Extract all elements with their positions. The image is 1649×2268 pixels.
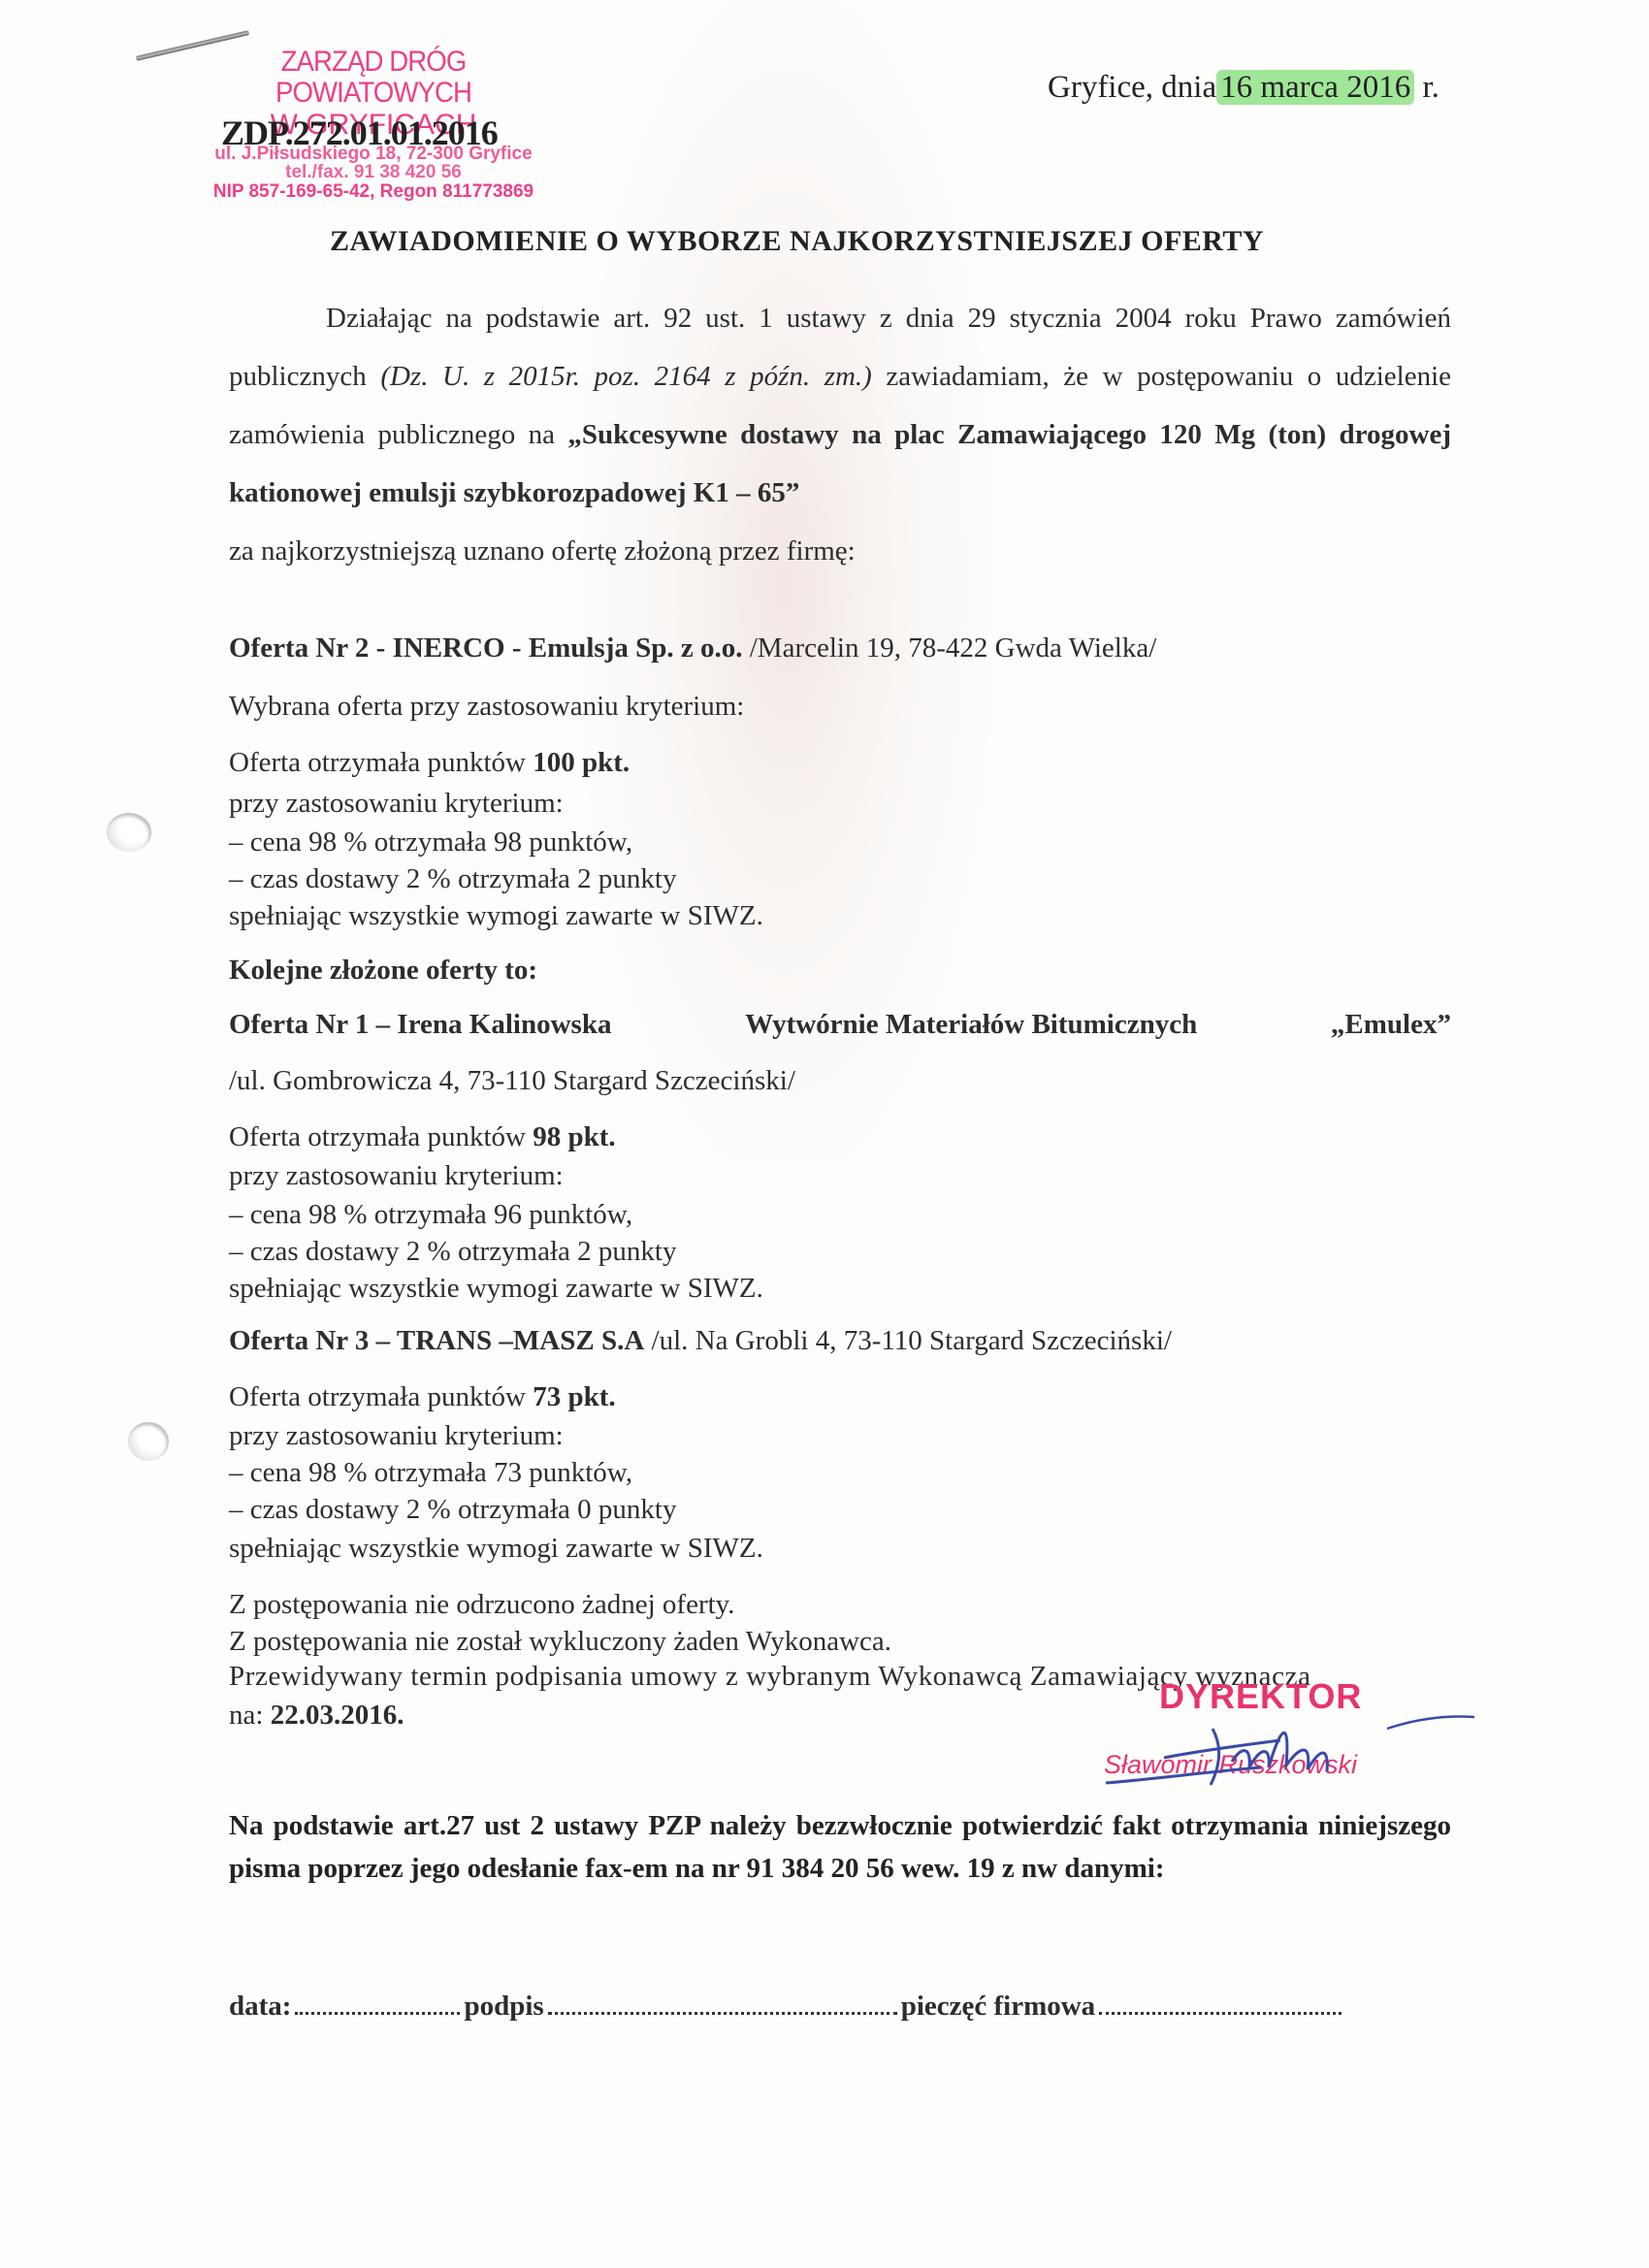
offer-3-criteria-label: przy zastosowaniu kryterium:: [229, 1420, 564, 1452]
scan-tint: [582, 0, 989, 1164]
no-excluded-contractor: Z postępowania nie został wykluczony żad…: [229, 1626, 891, 1658]
form-date-label: data:: [229, 1991, 291, 2023]
form-stamp-field[interactable]: [1099, 1991, 1342, 2015]
punch-hole-bottom: [128, 1422, 169, 1461]
place-date: Gryfice, dnia16 marca 2016 r.: [1048, 70, 1439, 106]
offer-3-header: Oferta Nr 3 – TRANS –MASZ S.A /ul. Na Gr…: [229, 1325, 1172, 1357]
stamp-line-1: ZARZĄD DRÓG POWIATOWYCH: [181, 47, 566, 108]
winning-offer-address: /Marcelin 19, 78-422 Gwda Wielka/: [743, 632, 1157, 664]
offer-1-criteria-label: przy zastosowaniu kryterium:: [229, 1160, 564, 1192]
offer-1-points: 98 pkt.: [533, 1121, 615, 1152]
date-suffix: r.: [1422, 70, 1439, 105]
signing-date: 22.03.2016.: [271, 1700, 404, 1731]
offer-1-points-line: Oferta otrzymała punktów 98 pkt.: [229, 1121, 616, 1153]
offer-3-address: /ul. Na Grobli 4, 73-110 Stargard Szczec…: [644, 1325, 1172, 1356]
reference-number: ZDP.272.01.01.2016: [221, 113, 498, 153]
form-sign-field[interactable]: [548, 1991, 897, 2015]
winning-selected-by: Wybrana oferta przy zastosowaniu kryteri…: [229, 691, 744, 723]
winning-offer-header: Oferta Nr 2 - INERCO - Emulsja Sp. z o.o…: [229, 632, 1156, 664]
intro-text-3: za najkorzystniejszą uznano ofertę złożo…: [229, 522, 1451, 580]
offer-3-points-line: Oferta otrzymała punktów 73 pkt.: [229, 1381, 616, 1413]
offer-1-criterion-price: – cena 98 % otrzymała 96 punktów,: [229, 1199, 632, 1231]
winning-compliance: spełniając wszystkie wymogi zawarte w SI…: [229, 900, 763, 932]
other-offers-heading: Kolejne złożone oferty to:: [229, 955, 537, 987]
offer-3-criterion-time: – czas dostawy 2 % otrzymała 0 punkty: [229, 1494, 676, 1526]
signing-term-text: Przewidywany termin podpisania umowy z w…: [229, 1661, 1311, 1693]
stamp-line-4: tel./fax. 91 38 420 56: [165, 163, 582, 182]
winning-criterion-time: – czas dostawy 2 % otrzymała 2 punkty: [229, 863, 676, 895]
offer-1-header: Oferta Nr 1 – Irena Kalinowska Wytwórnie…: [229, 1009, 1451, 1041]
offer-3-points: 73 pkt.: [533, 1381, 615, 1412]
highlighted-date: 16 marca 2016: [1216, 70, 1414, 105]
offer-1-brand: „Emulex”: [1331, 1009, 1451, 1041]
offer-1-points-prefix: Oferta otrzymała punktów: [229, 1121, 533, 1152]
offer-3-compliance: spełniając wszystkie wymogi zawarte w SI…: [229, 1533, 763, 1565]
offer-3-criterion-price: – cena 98 % otrzymała 73 punktów,: [229, 1457, 632, 1489]
winning-points: 100 pkt.: [533, 747, 630, 778]
winning-points-prefix: Oferta otrzymała punktów: [229, 747, 533, 778]
form-sign-label: podpis: [464, 1991, 543, 2023]
signing-date-line: na: 22.03.2016.: [229, 1700, 404, 1732]
offer-1-compliance: spełniając wszystkie wymogi zawarte w SI…: [229, 1273, 763, 1305]
winning-points-line: Oferta otrzymała punktów 100 pkt.: [229, 747, 630, 779]
offer-1-label: Oferta Nr 1 – Irena Kalinowska: [229, 1009, 611, 1041]
winning-criterion-price: – cena 98 % otrzymała 98 punktów,: [229, 826, 632, 859]
punch-hole-top: [107, 813, 151, 852]
offer-3-label: Oferta Nr 3 – TRANS –MASZ S.A: [229, 1325, 644, 1356]
offer-3-points-prefix: Oferta otrzymała punktów: [229, 1381, 533, 1412]
intro-paragraph: Działając na podstawie art. 92 ust. 1 us…: [229, 289, 1451, 580]
signing-date-prefix: na:: [229, 1700, 271, 1731]
offer-1-criterion-time: – czas dostawy 2 % otrzymała 2 punkty: [229, 1236, 676, 1268]
legal-citation: (Dz. U. z 2015r. poz. 2164 z późn. zm.): [380, 361, 872, 392]
form-date-field[interactable]: [295, 1991, 460, 2015]
document-title: ZAWIADOMIENIE O WYBORZE NAJKORZYSTNIEJSZ…: [330, 225, 1264, 258]
winning-criteria-label: przy zastosowaniu kryterium:: [229, 788, 564, 820]
winning-offer-label: Oferta Nr 2 - INERCO - Emulsja Sp. z o.o…: [229, 632, 743, 664]
no-rejected-offers: Z postępowania nie odrzucono żadnej ofer…: [229, 1589, 735, 1621]
form-stamp-label: pieczęć firmowa: [901, 1991, 1095, 2023]
offer-1-company: Wytwórnie Materiałów Bitumicznych: [745, 1009, 1197, 1041]
stamp-line-5: NIP 857-169-65-42, Regon 811773869: [165, 182, 582, 202]
place-prefix: Gryfice, dnia: [1048, 70, 1216, 105]
handwritten-signature-icon: [1096, 1707, 1503, 1795]
confirmation-request: Na podstawie art.27 ust 2 ustawy PZP nal…: [229, 1804, 1451, 1890]
confirmation-form: data: podpis pieczęć firmowa: [229, 1991, 1451, 2023]
offer-1-address: /ul. Gombrowicza 4, 73-110 Stargard Szcz…: [229, 1065, 795, 1097]
